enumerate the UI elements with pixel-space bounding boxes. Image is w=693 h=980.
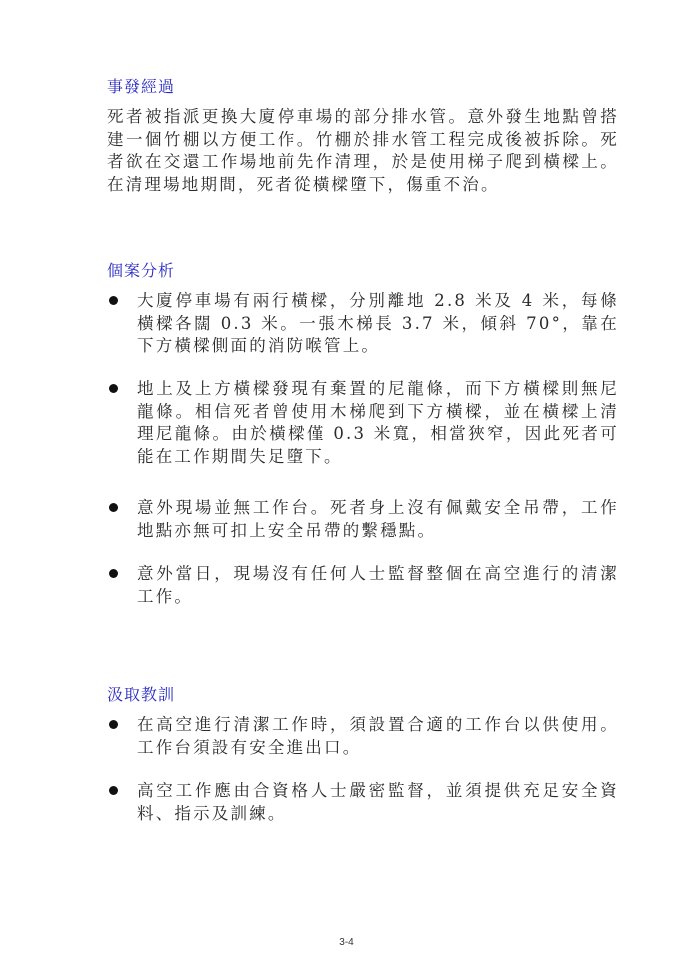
bullet-text: 在高空進行清潔工作時，須設置合適的工作台以供使用。工作台須設有安全進出口。	[137, 714, 619, 759]
section-heading-analysis: 個案分析	[107, 258, 175, 281]
document-page: 事發經過 死者被指派更換大廈停車場的部分排水管。意外發生地點曾搭建一個竹棚以方便…	[0, 0, 693, 980]
bullet-icon	[109, 786, 118, 795]
bullet-icon	[109, 296, 118, 305]
section-heading-incident: 事發經過	[107, 74, 175, 97]
bullet-text: 高空工作應由合資格人士嚴密監督，並須提供充足安全資料、指示及訓練。	[137, 780, 619, 825]
page-number: 3-4	[0, 937, 693, 948]
bullet-text: 大廈停車場有兩行橫樑，分別離地 2.8 米及 4 米，每條橫樑各闊 0.3 米。…	[137, 290, 619, 358]
bullet-icon	[109, 720, 118, 729]
bullet-icon	[109, 503, 118, 512]
section-heading-lessons: 汲取教訓	[107, 682, 175, 705]
bullet-text: 地上及上方橫樑發現有棄置的尼龍條，而下方橫樑則無尼龍條。相信死者曾使用木梯爬到下…	[137, 378, 619, 468]
bullet-text: 意外現場並無工作台。死者身上沒有佩戴安全吊帶，工作地點亦無可扣上安全吊帶的繫穩點…	[137, 497, 619, 542]
incident-paragraph: 死者被指派更換大廈停車場的部分排水管。意外發生地點曾搭建一個竹棚以方便工作。竹棚…	[107, 106, 619, 196]
bullet-text: 意外當日，現場沒有任何人士監督整個在高空進行的清潔工作。	[137, 563, 619, 608]
bullet-icon	[109, 569, 118, 578]
bullet-icon	[109, 384, 118, 393]
